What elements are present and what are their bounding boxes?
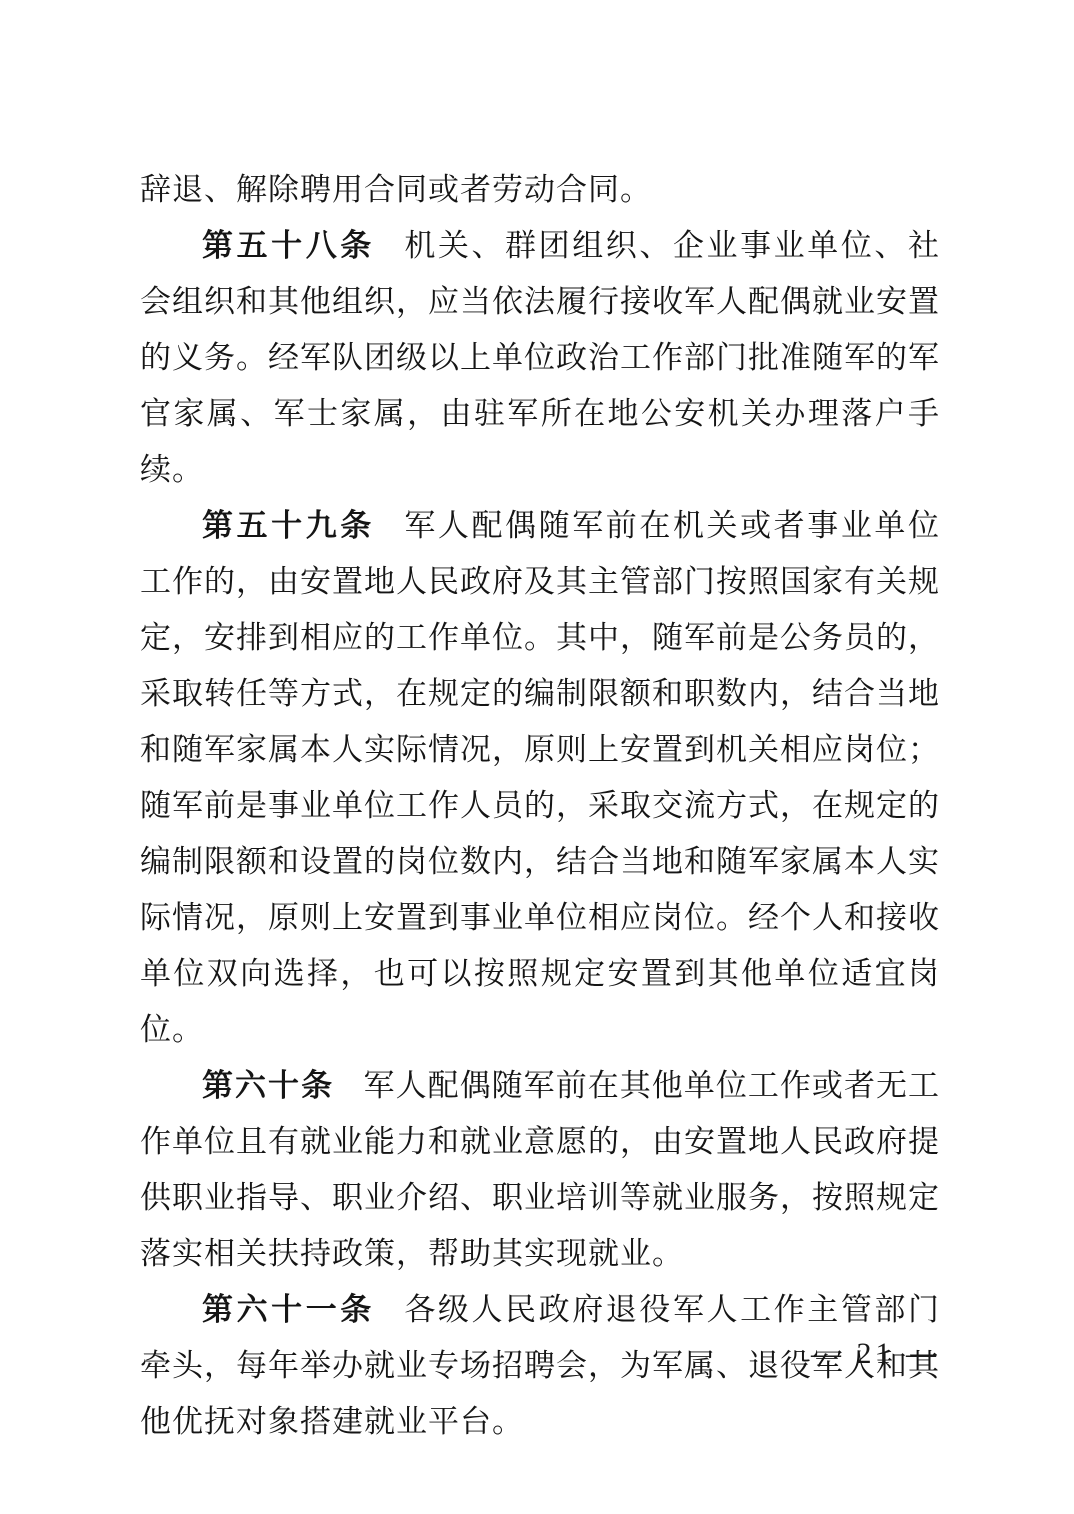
paragraph-text: 机关、群团组织、企业事业单位、社会组织和其他组织，应当依法履行接收军人配偶就业安…: [140, 228, 940, 488]
paragraph: 第五十八条机关、群团组织、企业事业单位、社会组织和其他组织，应当依法履行接收军人…: [140, 218, 940, 498]
paragraph: 第六十条军人配偶随军前在其他单位工作或者无工作单位且有就业能力和就业意愿的，由安…: [140, 1058, 940, 1282]
paragraph-text: 辞退、解除聘用合同或者劳动合同。: [140, 172, 652, 208]
paragraph: 辞退、解除聘用合同或者劳动合同。: [140, 162, 940, 218]
article-number: 第六十条: [202, 1068, 334, 1104]
document-body: 辞退、解除聘用合同或者劳动合同。 第五十八条机关、群团组织、企业事业单位、社会组…: [140, 162, 940, 1450]
article-number: 第五十八条: [202, 228, 375, 264]
page-number: — 21 —: [811, 1332, 940, 1376]
paragraph: 第五十九条军人配偶随军前在机关或者事业单位工作的，由安置地人民政府及其主管部门按…: [140, 498, 940, 1058]
paragraph-text: 军人配偶随军前在机关或者事业单位工作的，由安置地人民政府及其主管部门按照国家有关…: [140, 508, 940, 1048]
document-page: 辞退、解除聘用合同或者劳动合同。 第五十八条机关、群团组织、企业事业单位、社会组…: [0, 0, 1074, 1514]
article-number: 第五十九条: [202, 508, 375, 544]
article-number: 第六十一条: [202, 1292, 375, 1328]
